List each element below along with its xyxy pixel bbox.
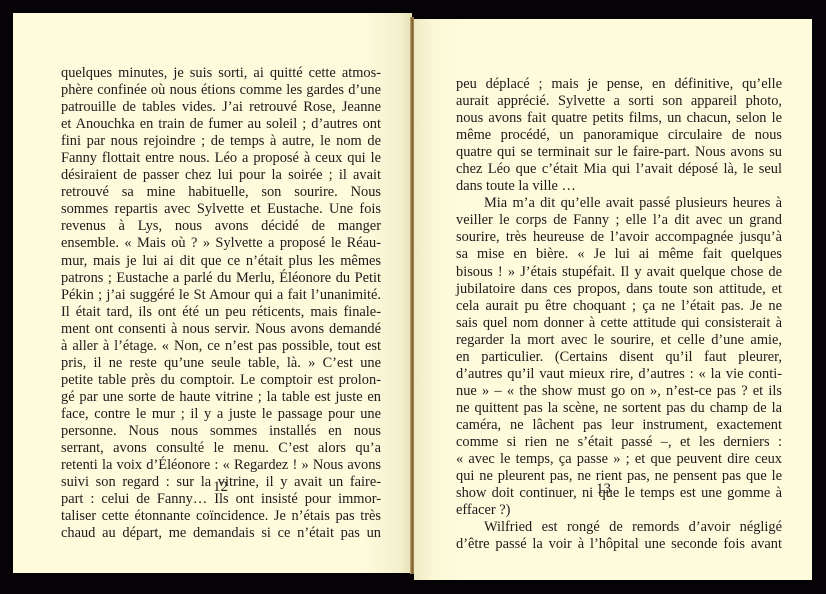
text-line: chaud au départ, me demandais si ce n’ét… xyxy=(61,525,381,542)
left-page-text: quelques minutes, je suis sorti, ai quit… xyxy=(61,65,381,542)
text-line: qui ne pleurent pas, ne rient pas, ne pe… xyxy=(456,468,782,485)
text-line: et Anouchka en train de fumer au soleil … xyxy=(61,116,381,133)
text-line: mur, mais je lui ai dit que ce n’était p… xyxy=(61,253,381,270)
text-line: nous avons fait quatre petits films, un … xyxy=(456,110,782,127)
text-line: à aller à l’étage. « Non, ce n’est pas p… xyxy=(61,338,381,355)
text-line: désiraient de passer chez lui pour la so… xyxy=(61,167,381,184)
text-line: comme si rien ne s’était passé –, et les… xyxy=(456,434,782,451)
text-line: Wilfried est rongé de remords d’avoir né… xyxy=(456,519,782,536)
text-line: patrouille de tables vides. J’ai retrouv… xyxy=(61,99,381,116)
text-line: effacer ?) xyxy=(456,502,782,519)
text-line: sa mise en bière. « Je lui ai même fait … xyxy=(456,246,782,263)
text-line: même procédé, un panoramique circulaire … xyxy=(456,127,782,144)
text-line: petite table près du comptoir. Le compto… xyxy=(61,372,381,389)
text-line: fini par nous rejoindre ; de temps à aut… xyxy=(61,133,381,150)
text-line: ensemble. « Mais où ? » Sylvette a propo… xyxy=(61,235,381,252)
text-line: « avec le temps, ça passe » ; et que peu… xyxy=(456,451,782,468)
text-line: taliser cette étonnante coïncidence. Je … xyxy=(61,508,381,525)
page-number: 13 xyxy=(596,481,611,498)
text-line: quatre qui se terminait sur le faire-par… xyxy=(456,144,782,161)
text-line: personne. Nous nous sommes installés en … xyxy=(61,423,381,440)
text-line: serrant, avons consulté le menu. C’est a… xyxy=(61,440,381,457)
text-line: show doit continuer, ni que le temps est… xyxy=(456,485,782,502)
text-line: bisous ! » J’étais stupéfait. Il y avait… xyxy=(456,264,782,281)
text-line: d’être passé la voir à l’hôpital une sec… xyxy=(456,536,782,553)
text-line: nue » – « the show must go on », n’est-c… xyxy=(456,383,782,400)
text-line: Mia m’a dit qu’elle avait passé plusieur… xyxy=(456,195,782,212)
text-line: sourire, très heureuse de l’avoir accomp… xyxy=(456,229,782,246)
right-page: peu déplacé ; mais je pense, en définiti… xyxy=(414,19,812,580)
text-line: retenti la voix d’Éléonore : « Regardez … xyxy=(61,457,381,474)
right-page-text: peu déplacé ; mais je pense, en définiti… xyxy=(456,76,782,553)
text-line: pris, il ne reste qu’une seule table, là… xyxy=(61,355,381,372)
text-line: veiller le corps de Fanny ; elle l’a dit… xyxy=(456,212,782,229)
left-page: quelques minutes, je suis sorti, ai quit… xyxy=(13,13,412,573)
text-line: peu déplacé ; mais je pense, en définiti… xyxy=(456,76,782,93)
text-line: Fanny flottait entre nous. Léo a proposé… xyxy=(61,150,381,167)
text-line: quelques minutes, je suis sorti, ai quit… xyxy=(61,65,381,82)
text-line: Pékin ; j’ai suggéré le St Amour qui a f… xyxy=(61,287,381,304)
text-line: ne quittent pas la scène, ne sortent pas… xyxy=(456,400,782,417)
page-number: 12 xyxy=(213,479,228,496)
text-line: phère confinée où nous étions comme les … xyxy=(61,82,381,99)
text-line: sommes repartis avec Sylvette et Eustach… xyxy=(61,201,381,218)
text-line: d’autres qu’il vaut mieux rire, d’autres… xyxy=(456,366,782,383)
text-line: ment ont consenti à nous servir. Nous av… xyxy=(61,321,381,338)
text-line: regarder la mort avec le sourire, et cel… xyxy=(456,332,782,349)
text-line: Il était tard, ils ont été un peu rétice… xyxy=(61,304,381,321)
text-line: face, contre le mur ; il y a juste le pa… xyxy=(61,406,381,423)
text-line: dans toute la ville … xyxy=(456,178,782,195)
text-line: revenus à Lys, nous avons décidé de mang… xyxy=(61,218,381,235)
text-line: cela aurait pu être choquant ; ça ne l’é… xyxy=(456,298,782,315)
text-line: patrons ; Eustache a parlé du Merlu, Élé… xyxy=(61,270,381,287)
text-line: gé par une sorte de haute vitrine ; la t… xyxy=(61,389,381,406)
text-line: caméra, ne lâchent pas leur instrument, … xyxy=(456,417,782,434)
text-line: sais quel nom donner à cette attitude qu… xyxy=(456,315,782,332)
text-line: chez Léo que c’était Mia qui l’avait dép… xyxy=(456,161,782,178)
text-line: jubilatoire dans ces propos, dans toute … xyxy=(456,281,782,298)
text-line: aurait apprécié. Sylvette a sorti son ap… xyxy=(456,93,782,110)
text-line: en particulier. (Certains disent qu’il f… xyxy=(456,349,782,366)
text-line: retrouvé sa mine habituelle, son sourire… xyxy=(61,184,381,201)
